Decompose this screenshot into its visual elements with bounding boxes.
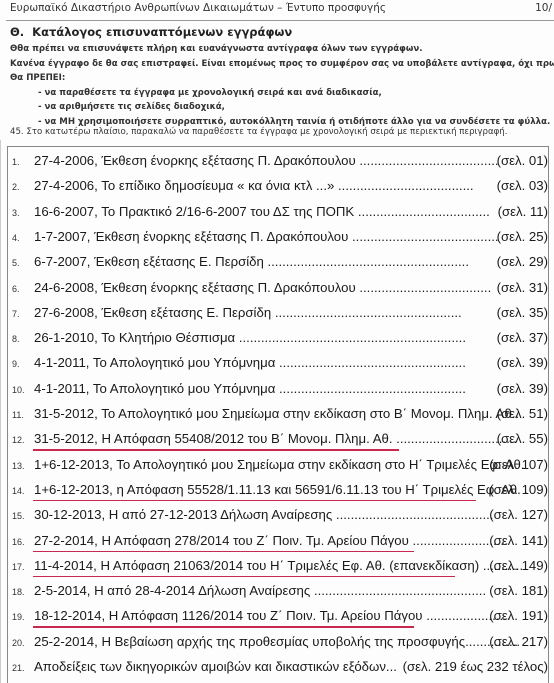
- leader-dots: ......................................: [359, 153, 498, 168]
- item-page-ref: (σελ. 219 έως 232 τέλος): [403, 658, 548, 676]
- item-description: 31-5-2012, Η Απόφαση 55408/2012 του Β΄ Μ…: [34, 431, 396, 446]
- leader-dots: ........................................: [352, 229, 499, 244]
- document-list-item: 19.18-12-2014, Η Απόφαση 1126/2014 του Ζ…: [12, 607, 548, 625]
- document-list-item: 11.31-5-2012, Το Απολογητικό μου Σημείωμ…: [12, 405, 548, 423]
- item-page-ref: (σελ. 11): [498, 203, 548, 221]
- item-description: 24-6-2008, Έκθεση ένορκης εξέτασης Π. Δρ…: [34, 280, 359, 295]
- section-letter: Θ.: [10, 25, 24, 39]
- instruction-line: Θα ΠΡΕΠΕΙ:: [10, 73, 65, 83]
- item-description: 18-12-2014, Η Απόφαση 1126/2014 του Ζ΄ Π…: [34, 608, 426, 623]
- item-index: 16.: [12, 533, 34, 551]
- item-page-ref: (σελ. 35): [497, 304, 548, 322]
- item-description: Αποδείξεις των δικηγορικών αμοιβών και δ…: [34, 659, 397, 674]
- item-description: 25-2-2014, Η Βεβαίωση αρχής της προθεσμί…: [34, 634, 465, 649]
- must-item: - να παραθέσετε τα έγγραφα με χρονολογικ…: [38, 88, 382, 98]
- document-list-item: 2.27-4-2006, Το επίδικο δημοσίευμα « κα …: [12, 177, 548, 195]
- document-list-item: 14.1+6-12-2013, η Απόφαση 55528/1.11.13 …: [12, 481, 548, 499]
- item-page-ref: (σελ. 01): [497, 152, 548, 170]
- item-page-ref: (σελ. 31): [497, 279, 548, 297]
- item-page-ref: (σελ. 149): [489, 557, 548, 575]
- instruction-line: Κανένα έγγραφο δε θα σας επιστραφεί. Είν…: [10, 59, 554, 69]
- item-index: 7.: [12, 305, 34, 323]
- document-list-item: 15.30-12-2013, Η από 27-12-2013 Δήλωση Α…: [12, 506, 548, 524]
- item-description: 31-5-2012, Το Απολογητικό μου Σημείωμα σ…: [34, 406, 515, 421]
- item-description: 6-7-2007, Έκθεση εξέτασης Ε. Περσίδη: [34, 254, 267, 269]
- document-list-item: 21.Αποδείξεις των δικηγορικών αμοιβών κα…: [12, 658, 548, 676]
- highlight-underline: [33, 626, 414, 628]
- item-index: 9.: [12, 355, 34, 373]
- item-page-ref: (σελ. 37): [497, 329, 548, 347]
- item-description: 27-4-2006, Έκθεση ένορκης εξέτασης Π. Δρ…: [34, 153, 359, 168]
- question-45: 45. Στο κατωτέρω πλαίσιο, παρακαλώ να πα…: [10, 127, 508, 137]
- document-list-item: 20.25-2-2014, Η Βεβαίωση αρχής της προθε…: [12, 633, 548, 651]
- item-page-ref: (σελ. 55): [497, 430, 548, 448]
- document-list-item: 13.1+6-12-2013, Το Απολογητικό μου Σημεί…: [12, 456, 548, 474]
- document-list-item: 3.16-6-2007, Το Πρακτικό 2/16-6-2007 του…: [12, 203, 548, 221]
- item-index: 20.: [12, 634, 34, 652]
- item-index: 10.: [12, 381, 34, 399]
- document-list-item: 6.24-6-2008, Έκθεση ένορκης εξέτασης Π. …: [12, 279, 548, 297]
- item-index: 1.: [12, 153, 34, 171]
- item-page-ref: (σελ. 181): [489, 582, 548, 600]
- leader-dots: ........................................…: [336, 507, 494, 522]
- document-list-item: 7.27-6-2008, Έκθεση εξέτασης Ε. Περσίδη …: [12, 304, 548, 322]
- item-page-ref: (σελ. 29): [497, 253, 548, 271]
- item-page-ref: (σελ. 03): [497, 177, 548, 195]
- item-index: 11.: [12, 406, 34, 424]
- header-divider: [6, 20, 554, 21]
- item-index: 6.: [12, 280, 34, 298]
- item-page-ref: (σελ. 39): [497, 380, 548, 398]
- item-page-ref: (σελ. 217): [489, 633, 548, 651]
- item-page-ref: (σελ. 39): [497, 354, 548, 372]
- item-description: 27-6-2008, Έκθεση εξέτασης Ε. Περσίδη: [34, 305, 275, 320]
- item-page-ref: (σελ. 127): [489, 506, 548, 524]
- section-title: Θ.Κατάλογος επισυναπτόμενων εγγράφων: [10, 25, 292, 39]
- item-description: 30-12-2013, Η από 27-12-2013 Δήλωση Αναί…: [34, 507, 336, 522]
- highlight-underline: [33, 551, 414, 553]
- item-index: 8.: [12, 330, 34, 348]
- item-description: 27-2-2014, Η Απόφαση 278/2014 του Ζ΄ Ποι…: [34, 533, 413, 548]
- item-index: 21.: [12, 659, 34, 677]
- document-header-title: Ευρωπαϊκό Δικαστήριο Ανθρωπίνων Δικαιωμά…: [10, 2, 386, 14]
- item-index: 14.: [12, 482, 34, 500]
- document-list-item: 9.4-1-2011, Το Απολογητικό μου Υπόμνημα …: [12, 354, 548, 372]
- item-description: 26-1-2010, Το Κλητήριο Θέσπισμα: [34, 330, 239, 345]
- item-index: 2.: [12, 178, 34, 196]
- document-list-item: 5.6-7-2007, Έκθεση εξέτασης Ε. Περσίδη .…: [12, 253, 548, 271]
- document-list-item: 17.11-4-2014, Η Απόφαση 21063/2014 του Η…: [12, 557, 548, 575]
- highlight-underline: [33, 500, 476, 502]
- item-description: 4-1-2011, Το Απολογητικό μου Υπόμνημα: [34, 381, 279, 396]
- must-item: - να αριθμήσετε τις σελίδες διαδοχικά,: [38, 102, 225, 112]
- instruction-line: Θθα πρέπει να επισυνάψετε πλήρη και ευαν…: [10, 44, 422, 54]
- document-list-item: 12.31-5-2012, Η Απόφαση 55408/2012 του Β…: [12, 430, 548, 448]
- leader-dots: .....................................: [338, 178, 474, 193]
- item-description: 1-7-2007, Έκθεση ένορκης εξέτασης Π. Δρα…: [34, 229, 352, 244]
- section-title-text: Κατάλογος επισυναπτόμενων εγγράφων: [32, 25, 292, 39]
- document-list-item: 16.27-2-2014, Η Απόφαση 278/2014 του Ζ΄ …: [12, 532, 548, 550]
- item-description: 27-4-2006, Το επίδικο δημοσίευμα « κα όν…: [34, 178, 338, 193]
- item-index: 19.: [12, 608, 34, 626]
- item-index: 3.: [12, 204, 34, 222]
- item-index: 4.: [12, 229, 34, 247]
- item-description: 4-1-2011, Το Απολογητικό μου Υπόμνημα: [34, 355, 279, 370]
- scan-edge: [0, 140, 7, 683]
- item-index: 13.: [12, 457, 34, 475]
- item-page-ref: (σελ. 141): [489, 532, 548, 550]
- item-page-ref: (σελ. 109): [489, 481, 548, 499]
- highlight-underline: [33, 576, 455, 578]
- item-description: 1+6-12-2013, Το Απολογητικό μου Σημείωμα…: [34, 457, 524, 472]
- must-item: - να ΜΗ χρησιμοποιήσετε συρραπτικό, αυτο…: [38, 117, 550, 127]
- document-list-item: 4.1-7-2007, Έκθεση ένορκης εξέτασης Π. Δ…: [12, 228, 548, 246]
- document-list-item: 8.26-1-2010, Το Κλητήριο Θέσπισμα ......…: [12, 329, 548, 347]
- leader-dots: ........................................…: [267, 254, 469, 269]
- page-number: 10/: [535, 2, 552, 14]
- item-description: 16-6-2007, Το Πρακτικό 2/16-6-2007 του Δ…: [34, 204, 358, 219]
- document-list-item: 10.4-1-2011, Το Απολογητικό μου Υπόμνημα…: [12, 380, 548, 398]
- item-index: 15.: [12, 507, 34, 525]
- leader-dots: ........................................…: [239, 330, 466, 345]
- leader-dots: ........................................…: [279, 381, 466, 396]
- item-page-ref: (σελ. 25): [497, 228, 548, 246]
- leader-dots: ........................................…: [314, 583, 486, 598]
- item-index: 17.: [12, 558, 34, 576]
- leader-dots: ........................................…: [279, 355, 466, 370]
- document-list-item: 18.2-5-2014, Η από 28-4-2014 Δήλωση Αναί…: [12, 582, 548, 600]
- leader-dots: ....................................: [359, 280, 491, 295]
- item-page-ref: (σελ. 51): [497, 405, 548, 423]
- item-index: 5.: [12, 254, 34, 272]
- leader-dots: ....................................: [358, 204, 490, 219]
- leader-dots: ........................................…: [275, 305, 462, 320]
- document-list-item: 1.27-4-2006, Έκθεση ένορκης εξέτασης Π. …: [12, 152, 548, 170]
- item-description: 11-4-2014, Η Απόφαση 21063/2014 του Η΄ Τ…: [34, 558, 483, 573]
- item-page-ref: (σελ. 107): [489, 456, 548, 474]
- item-index: 12.: [12, 431, 34, 449]
- highlight-underline: [33, 449, 399, 451]
- item-description: 1+6-12-2013, η Απόφαση 55528/1.11.13 και…: [34, 482, 528, 497]
- item-description: 2-5-2014, Η από 28-4-2014 Δήλωση Αναίρεσ…: [34, 583, 314, 598]
- item-page-ref: (σελ. 191): [489, 607, 548, 625]
- item-index: 18.: [12, 583, 34, 601]
